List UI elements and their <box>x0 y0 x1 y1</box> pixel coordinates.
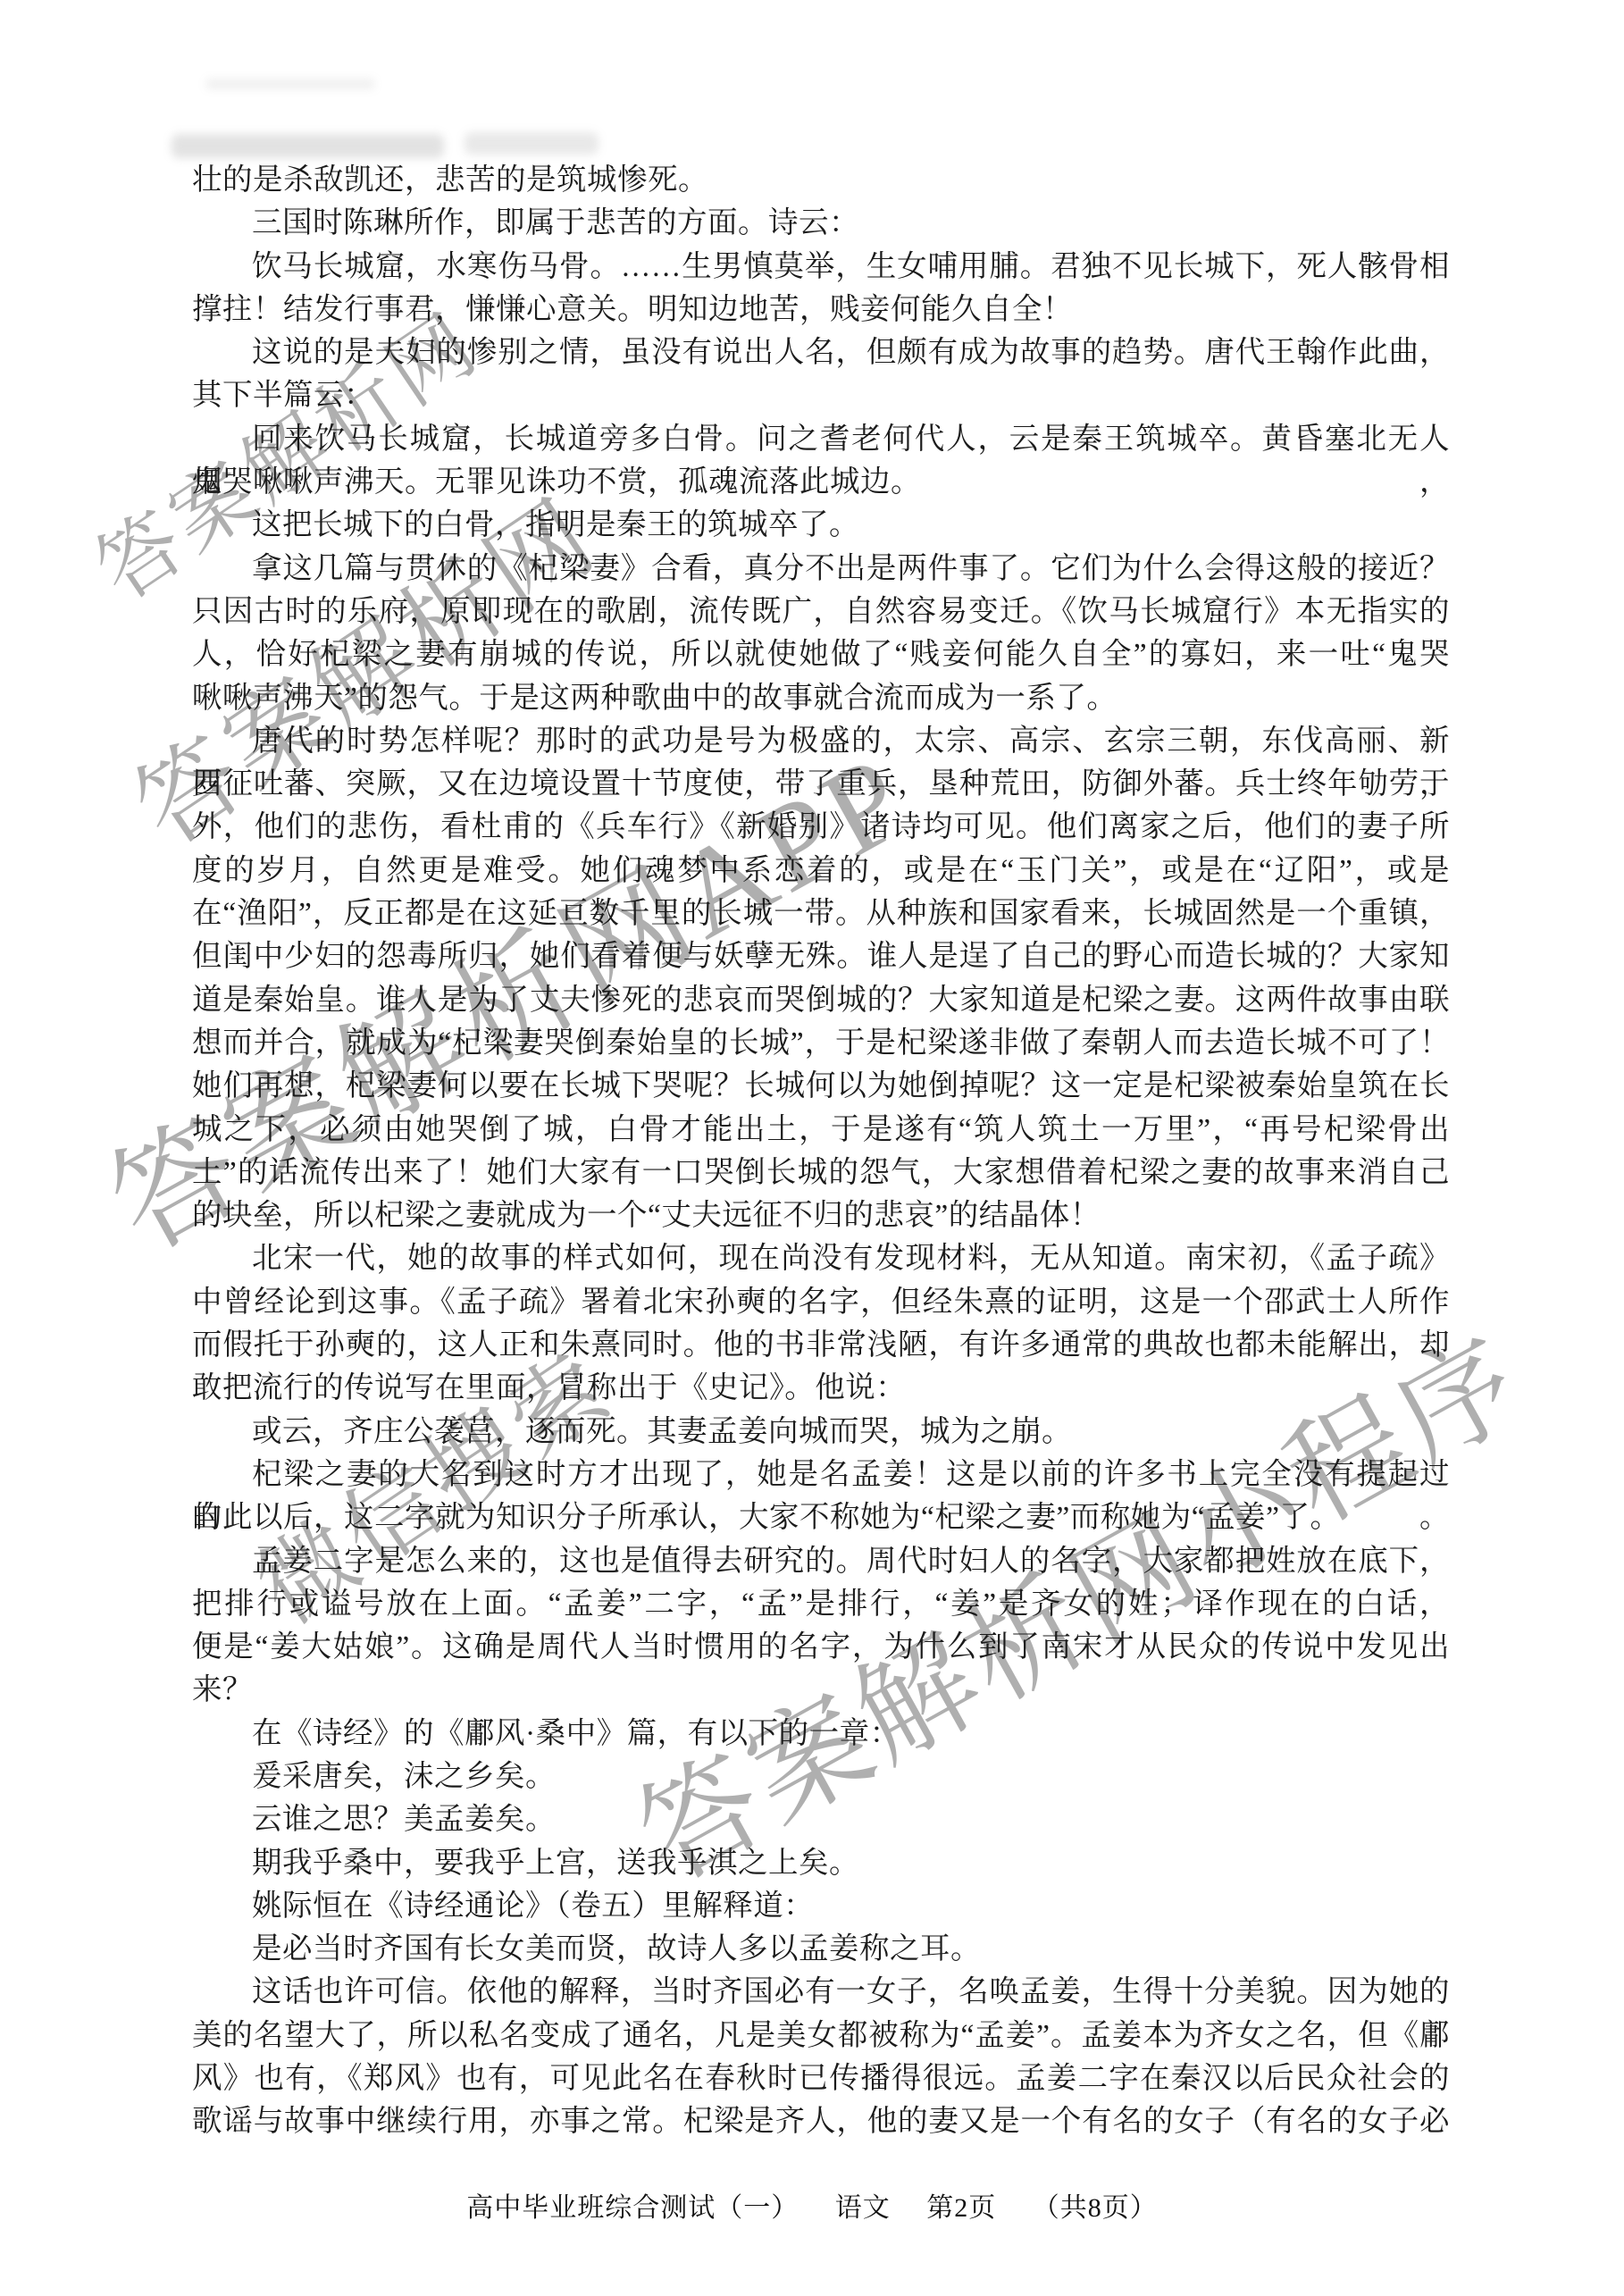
text-line: 这把长城下的白骨，指明是秦王的筑城卒了。 <box>192 504 1450 547</box>
text-line: 中曾经论到这事。《孟子疏》署着北宋孙奭的名字，但经朱熹的证明，这是一个邵武士人所… <box>192 1281 1450 1324</box>
text-line: 回来饮马长城窟，长城道旁多白骨。问之耆老何代人，云是秦王筑城卒。黄昏塞北无人烟， <box>192 418 1450 461</box>
text-line: 饮马长城窟，水寒伤马骨。……生男慎莫举，生女哺用脯。君独不见长城下，死人骸骨相 <box>192 246 1450 289</box>
text-line: 北宋一代，她的故事的样式如何，现在尚没有发现材料，无从知道。南宋初，《孟子疏》 <box>192 1237 1450 1280</box>
text-line: 美的名望大了，所以私名变成了通名，凡是美女都被称为“孟姜”。孟姜本为齐女之名，但… <box>192 2015 1450 2057</box>
text-line: 风》也有，《郑风》也有，可见此名在春秋时已传播得很远。孟姜二字在秦汉以后民众社会… <box>192 2057 1450 2100</box>
footer-page-number: 第2页 <box>926 2193 996 2223</box>
text-line: 而假托于孙奭的，这人正和朱熹同时。他的书非常浅陋，有许多通常的典故也都未能解出，… <box>192 1324 1450 1367</box>
text-line: 把排行或谥号放在上面。“孟姜”二字，“孟”是排行，“姜”是齐女的姓；译作现在的白… <box>192 1583 1450 1626</box>
text-line: 这话也许可信。依他的解释，当时齐国必有一女子，名唤孟姜，生得十分美貌。因为她的 <box>192 1971 1450 2014</box>
text-line: 唐代的时势怎样呢？那时的武功是号为极盛的，太宗、高宗、玄宗三朝，东伐高丽、新罗， <box>192 720 1450 763</box>
text-line: 但闺中少妇的怨毒所归，她们看着便与妖孽无殊。谁人是逞了自己的野心而造长城的？大家… <box>192 935 1450 978</box>
text-line: 道是秦始皇。谁人是为了丈夫惨死的悲哀而哭倒城的？大家知道是杞梁之妻。这两件故事由… <box>192 979 1450 1022</box>
page-footer: 高中毕业班综合测试（一） 语文 第2页 （共8页） <box>0 2185 1624 2225</box>
footer-exam-name: 高中毕业班综合测试（一） <box>466 2193 799 2223</box>
text-line: 杞梁之妻的大名到这时方才出现了，她是名孟姜！这是以前的许多书上完全没有提起过的。 <box>192 1454 1450 1496</box>
text-line: 她们再想，杞梁妻何以要在长城下哭呢？长城何以为她倒掉呢？这一定是杞梁被秦始皇筑在… <box>192 1065 1450 1108</box>
text-line: 度的岁月，自然更是难受。她们魂梦中系恋着的，或是在“玉门关”，或是在“辽阳”，或… <box>192 850 1450 892</box>
text-line: 土”的话流传出来了！她们大家有一口哭倒长城的怨气，大家想借着杞梁之妻的故事来消自… <box>192 1152 1450 1194</box>
text-line: 想而并合，就成为“杞梁妻哭倒秦始皇的长城”，于是杞梁遂非做了秦朝人而去造长城不可… <box>192 1022 1450 1065</box>
text-line: 在“渔阳”，反正都是在这延亘数千里的长城一带。从种族和国家看来，长城固然是一个重… <box>192 892 1450 935</box>
text-line: 在《诗经》的《鄘风·桑中》篇，有以下的一章： <box>192 1713 1450 1756</box>
text-line: 来？ <box>192 1669 1450 1712</box>
text-line: 其下半篇云： <box>192 374 1450 417</box>
text-line: 人，恰好杞梁之妻有崩城的传说，所以就使她做了“贱妾何能久自全”的寡妇，来一吐“鬼… <box>192 633 1450 676</box>
text-line: 壮的是杀敌凯还，悲苦的是筑城惨死。 <box>192 159 1450 202</box>
text-line: 拿这几篇与贯休的《杞梁妻》合看，真分不出是两件事了。它们为什么会得这般的接近？ <box>192 548 1450 591</box>
text-line: 只因古时的乐府，原即现在的歌剧，流传既广，自然容易变迁。《饮马长城窟行》本无指实… <box>192 591 1450 633</box>
text-line: 外，他们的悲伤，看杜甫的《兵车行》《新婚别》诸诗均可见。他们离家之后，他们的妻子… <box>192 806 1450 849</box>
text-line: 姚际恒在《诗经通论》（卷五）里解释道： <box>192 1885 1450 1928</box>
text-line: 西征吐蕃、突厥，又在边境设置十节度使，带了重兵，垦种荒田，防御外蕃。兵士终年劬劳… <box>192 763 1450 806</box>
text-line: 撑拄！结发行事君，慊慊心意关。明知边地苦，贱妾何能久自全！ <box>192 289 1450 331</box>
text-line: 期我乎桑中，要我乎上宫，送我乎淇之上矣。 <box>192 1842 1450 1885</box>
scanned-exam-page: 答案解析网 答案解析网 答案解析网APP 微信搜索 答案解析网小程序 壮的是杀敌… <box>0 0 1624 2296</box>
text-line: 敢把流行的传说写在里面，冒称出于《史记》。他说： <box>192 1367 1450 1410</box>
text-line: 歌谣与故事中继续行用，亦事之常。杞梁是齐人，他的妻又是一个有名的女子（有名的女子… <box>192 2100 1450 2143</box>
text-line: 这说的是夫妇的惨别之情，虽没有说出人名，但颇有成为故事的趋势。唐代王翰作此曲， <box>192 331 1450 374</box>
scan-artifact <box>465 132 599 155</box>
text-line: 的块垒，所以杞梁之妻就成为一个“丈夫远征不归的悲哀”的结晶体！ <box>192 1194 1450 1237</box>
text-line: 啾啾声沸天”的怨气。于是这两种歌曲中的故事就合流而成为一系了。 <box>192 677 1450 720</box>
text-line: 自此以后，这二字就为知识分子所承认，大家不称她为“杞梁之妻”而称她为“孟姜”了。 <box>192 1496 1450 1539</box>
text-line: 城之下，必须由她哭倒了城，白骨才能出土，于是遂有“筑人筑土一万里”，“再号杞梁骨… <box>192 1109 1450 1152</box>
text-line: 是必当时齐国有长女美而贤，故诗人多以孟姜称之耳。 <box>192 1928 1450 1971</box>
footer-subject: 语文 <box>835 2193 891 2223</box>
text-line: 爰采唐矣，沬之乡矣。 <box>192 1756 1450 1798</box>
body-text-column: 壮的是杀敌凯还，悲苦的是筑城惨死。三国时陈琳所作，即属于悲苦的方面。诗云：饮马长… <box>192 159 1450 2144</box>
text-line: 孟姜二字是怎么来的，这也是值得去研究的。周代时妇人的名字，大家都把姓放在底下， <box>192 1540 1450 1583</box>
text-line: 云谁之思？美孟姜矣。 <box>192 1798 1450 1841</box>
text-line: 三国时陈琳所作，即属于悲苦的方面。诗云： <box>192 202 1450 245</box>
footer-total-pages: （共8页） <box>1033 2193 1158 2223</box>
text-line: 或云，齐庄公袭莒，逐而死。其妻孟姜向城而哭，城为之崩。 <box>192 1411 1450 1454</box>
text-line: 便是“姜大姑娘”。这确是周代人当时惯用的名字，为什么到了南宋才从民众的传说中发见… <box>192 1626 1450 1669</box>
scan-artifact <box>205 79 375 89</box>
scan-artifact <box>172 134 444 158</box>
